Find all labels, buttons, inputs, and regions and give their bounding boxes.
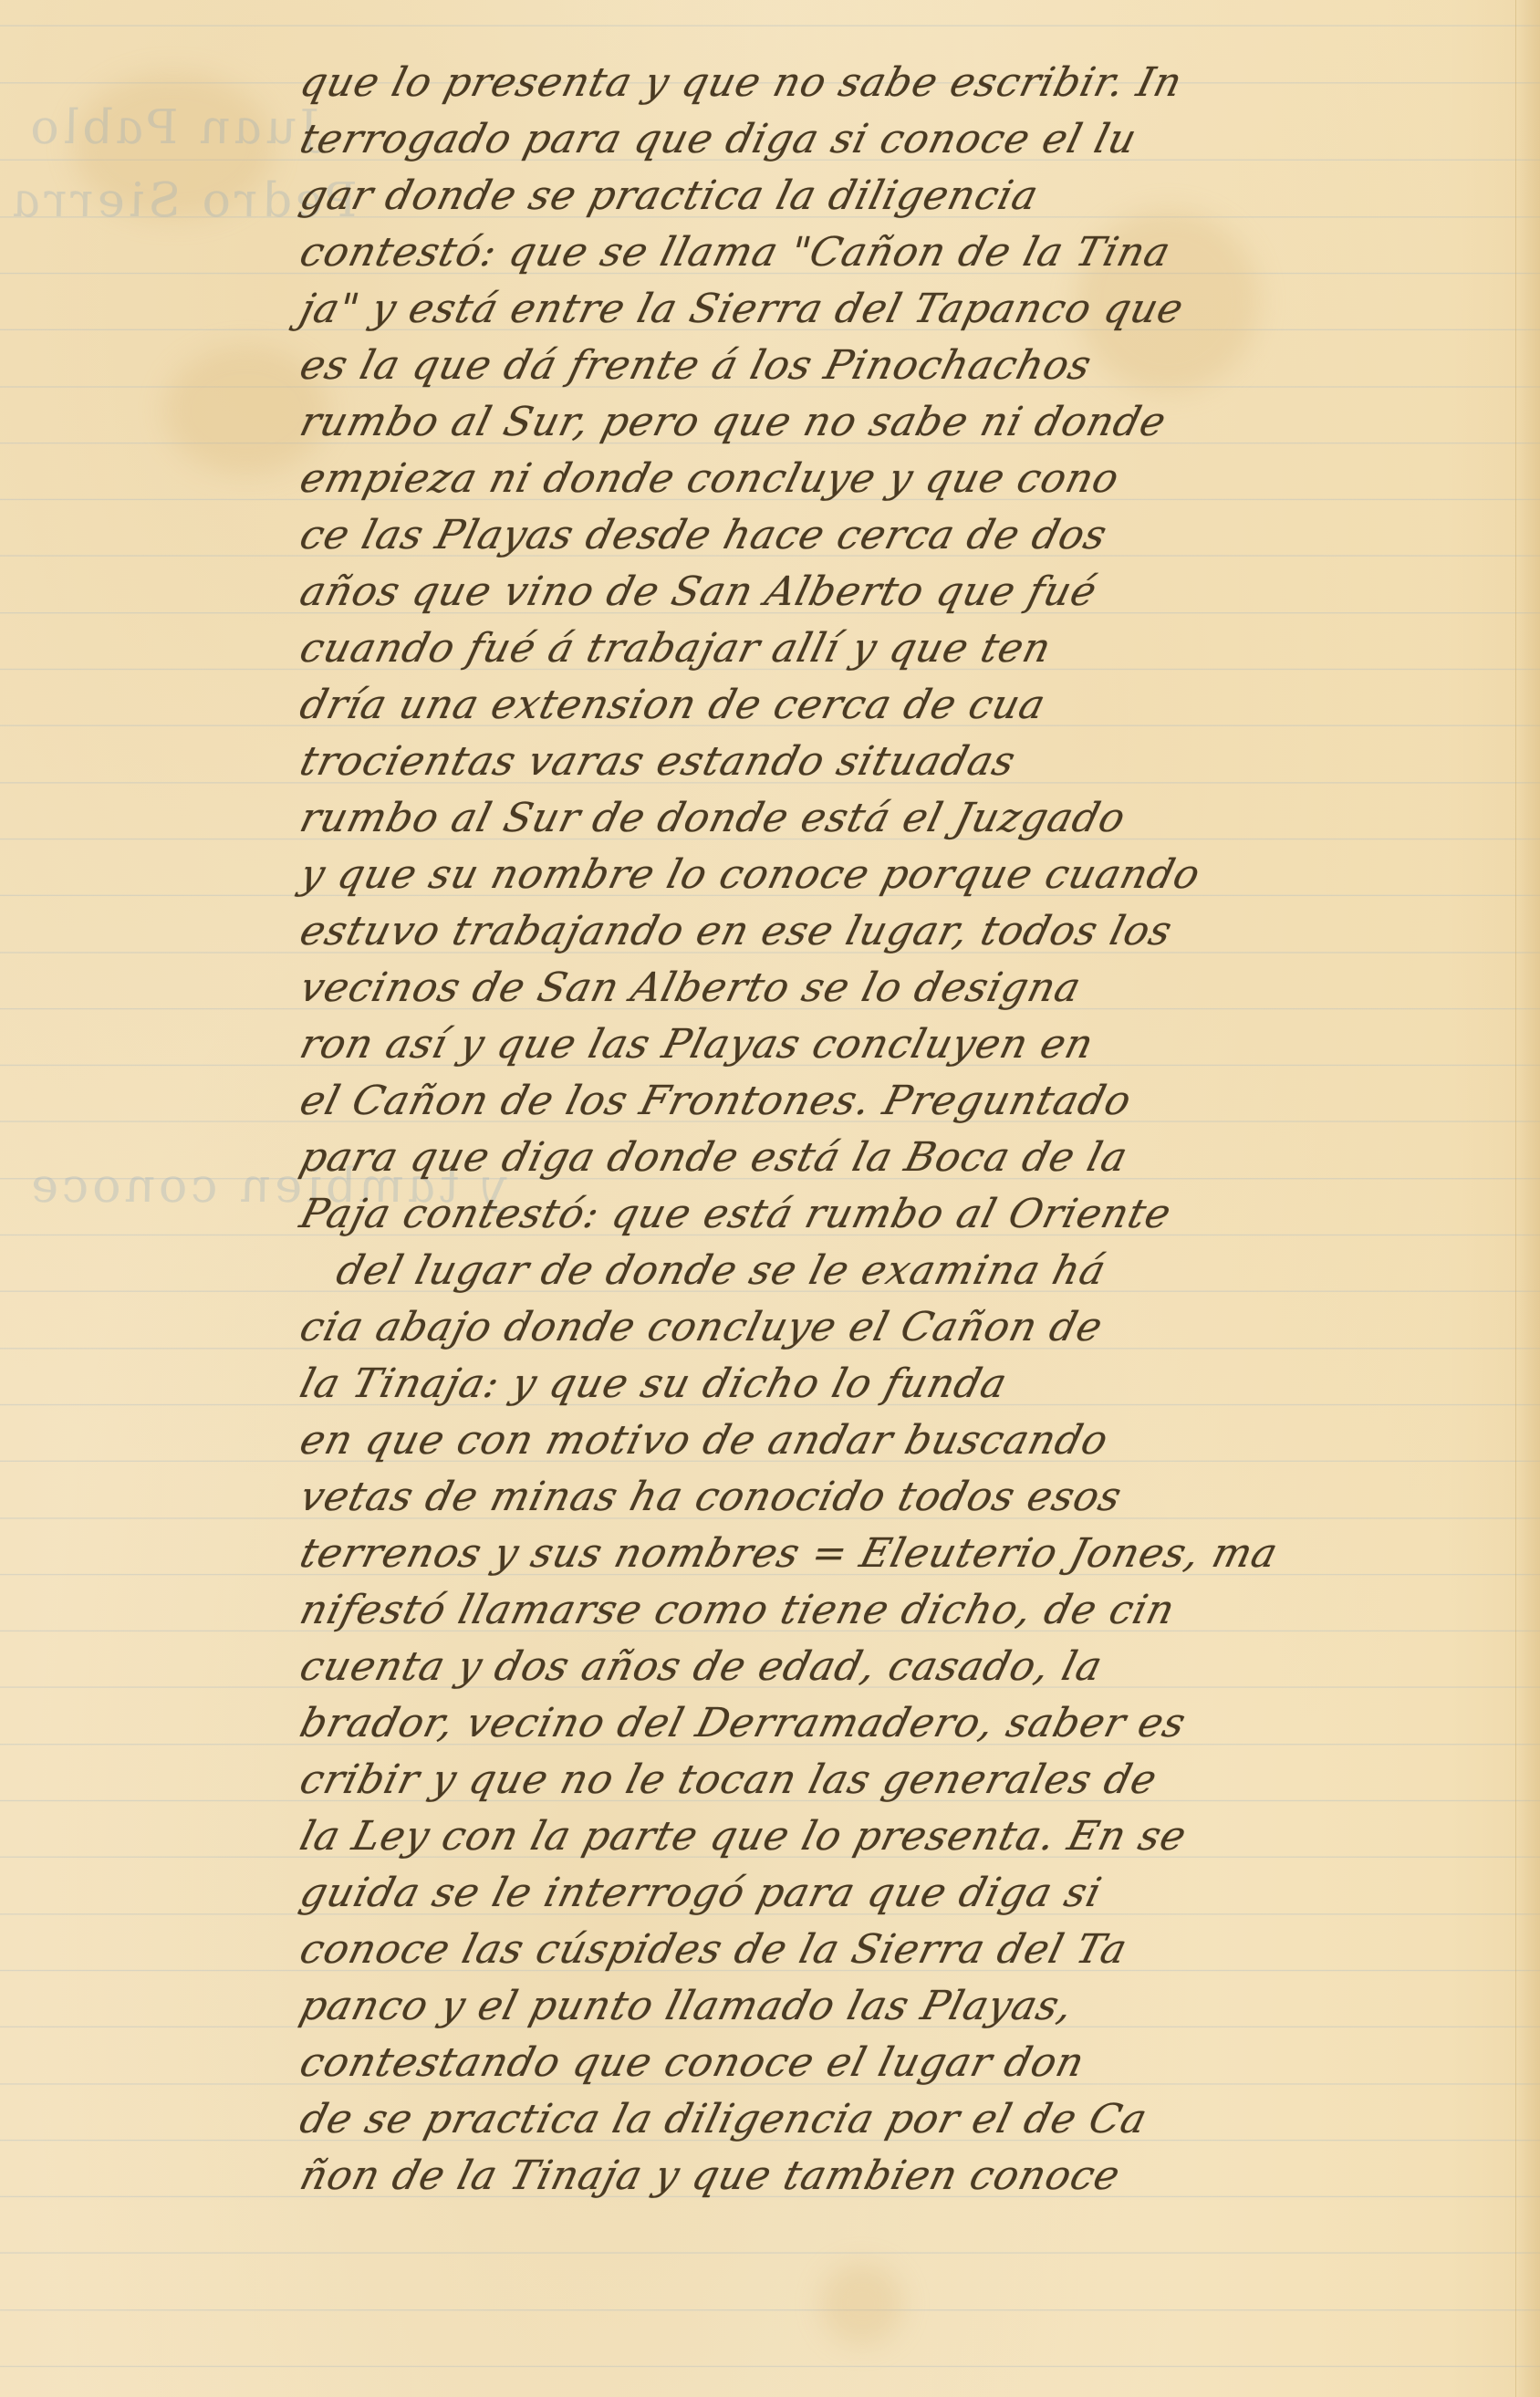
text-line: cia abajo donde concluye el Cañon de bbox=[294, 1299, 1493, 1356]
text-line: panco y el punto llamado las Playas, bbox=[294, 1978, 1493, 2035]
text-line: contestó: que se llama "Cañon de la Tina bbox=[294, 224, 1493, 281]
text-line: rumbo al Sur de donde está el Juzgado bbox=[294, 790, 1493, 847]
text-line: la Ley con la parte que lo presenta. En … bbox=[294, 1808, 1493, 1865]
text-line: cuando fué á trabajar allí y que ten bbox=[294, 620, 1493, 677]
text-line: ñon de la Tinaja y que tambien conoce bbox=[294, 2148, 1493, 2204]
text-line: trocientas varas estando situadas bbox=[294, 734, 1493, 790]
text-line: Paja contestó: que está rumbo al Oriente bbox=[294, 1186, 1493, 1243]
text-line: empieza ni donde concluye y que cono bbox=[294, 451, 1493, 507]
text-line: nifestó llamarse como tiene dicho, de ci… bbox=[294, 1582, 1493, 1639]
text-line: estuvo trabajando en ese lugar, todos lo… bbox=[294, 903, 1493, 960]
paper-stain bbox=[821, 2263, 903, 2345]
text-line: que lo presenta y que no sabe escribir. … bbox=[294, 55, 1493, 111]
text-line: para que diga donde está la Boca de la bbox=[294, 1130, 1493, 1186]
text-line: años que vino de San Alberto que fué bbox=[294, 564, 1493, 620]
text-line: en que con motivo de andar buscando bbox=[294, 1412, 1493, 1469]
text-line: la Tinaja: y que su dicho lo funda bbox=[294, 1356, 1493, 1412]
text-line: dría una extension de cerca de cua bbox=[294, 677, 1493, 734]
text-line: guida se le interrogó para que diga si bbox=[294, 1865, 1493, 1922]
text-line: terrenos y sus nombres = Eleuterio Jones… bbox=[294, 1526, 1493, 1582]
text-line: rumbo al Sur, pero que no sabe ni donde bbox=[294, 394, 1493, 451]
text-line: del lugar de donde se le examina há bbox=[294, 1243, 1493, 1299]
text-line: ron así y que las Playas concluyen en bbox=[294, 1016, 1493, 1073]
text-line: ja" y está entre la Sierra del Tapanco q… bbox=[294, 281, 1493, 338]
text-line: gar donde se practica la diligencia bbox=[294, 168, 1493, 224]
manuscript-page: Juan Pablo Pedro Sierra y tambien conoce… bbox=[0, 0, 1540, 2397]
handwritten-text: que lo presenta y que no sabe escribir. … bbox=[301, 55, 1487, 2204]
text-line: brador, vecino del Derramadero, saber es bbox=[294, 1695, 1493, 1752]
text-line: cuenta y dos años de edad, casado, la bbox=[294, 1639, 1493, 1695]
text-line: ce las Playas desde hace cerca de dos bbox=[294, 507, 1493, 564]
text-line: contestando que conoce el lugar don bbox=[294, 2035, 1493, 2091]
text-line: conoce las cúspides de la Sierra del Ta bbox=[294, 1922, 1493, 1978]
paper-edge bbox=[1515, 0, 1540, 2397]
text-line: y que su nombre lo conoce porque cuando bbox=[294, 847, 1493, 903]
bleed-through-text: Juan Pablo bbox=[22, 100, 326, 155]
text-line: de se practica la diligencia por el de C… bbox=[294, 2091, 1493, 2148]
text-line: el Cañon de los Frontones. Preguntado bbox=[294, 1073, 1493, 1130]
text-line: terrogado para que diga si conoce el lu bbox=[294, 111, 1493, 168]
text-line: vecinos de San Alberto se lo designa bbox=[294, 960, 1493, 1016]
text-line: cribir y que no le tocan las generales d… bbox=[294, 1752, 1493, 1808]
text-line: vetas de minas ha conocido todos esos bbox=[294, 1469, 1493, 1526]
text-line: es la que dá frente á los Pinochachos bbox=[294, 338, 1493, 394]
